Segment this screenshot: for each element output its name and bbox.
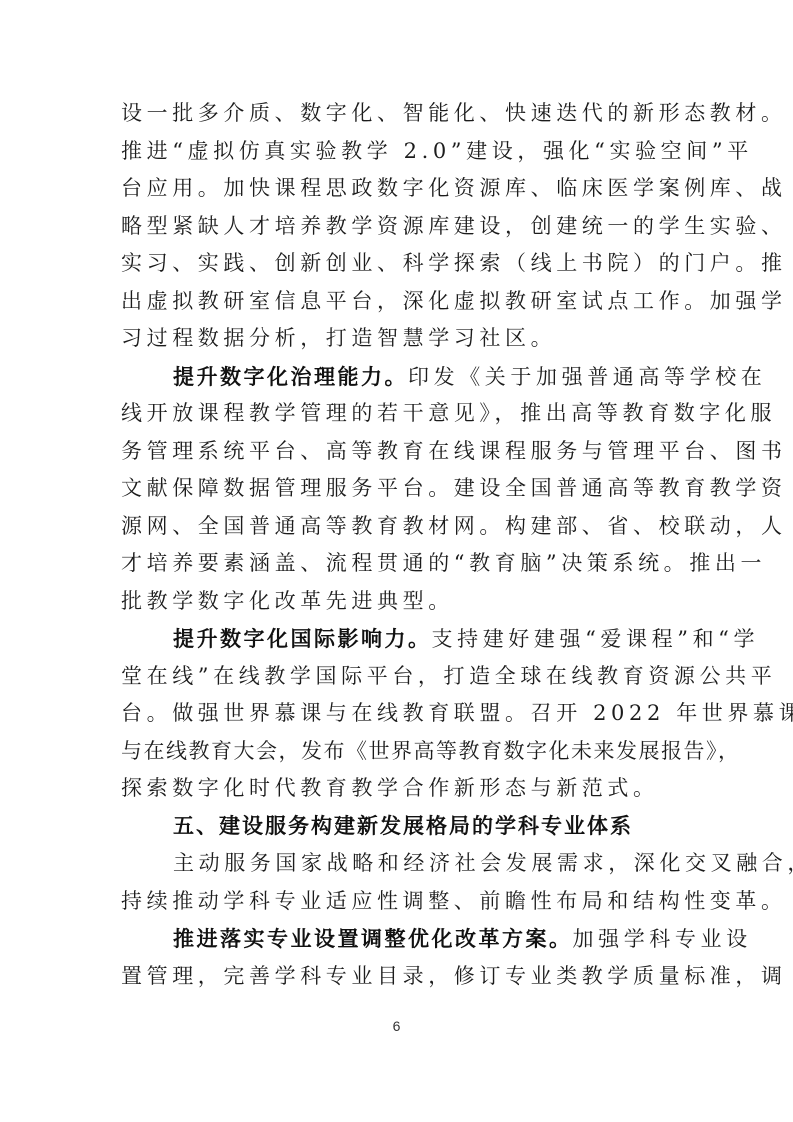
text-line: 才培养要素涵盖、流程贯通的“教育脑”决策系统。推出一: [121, 545, 669, 583]
text-line: 与在线教育大会，发布《世界高等教育数字化未来发展报告》，: [121, 733, 669, 771]
paragraph-first-line: 主动服务国家战略和经济社会发展需求，深化交叉融合，: [121, 845, 669, 883]
text-run: 印发《关于加强普通高等学校在: [408, 365, 766, 389]
text-line: 文献保障数据管理服务平台。建设全国普通高等教育教学资: [121, 470, 669, 508]
section-heading: 五、建设服务构建新发展格局的学科专业体系: [121, 808, 669, 846]
bold-lead-governance: 提升数字化治理能力。: [173, 364, 408, 389]
text-line: 台应用。加快课程思政数字化资源库、临床医学案例库、战: [121, 170, 669, 208]
text-line: 批教学数字化改革先进典型。: [121, 583, 669, 621]
text-line: 源网、全国普通高等教育教材网。构建部、省、校联动，人: [121, 508, 669, 546]
text-run: 加强学科专业设: [573, 927, 752, 951]
text-line: 务管理系统平台、高等教育在线课程服务与管理平台、图书: [121, 433, 669, 471]
text-line: 实习、实践、创新创业、科学探索（线上书院）的门户。推: [121, 245, 669, 283]
text-line: 持续推动学科专业适应性调整、前瞻性布局和结构性变革。: [121, 883, 669, 921]
bold-lead-international: 提升数字化国际影响力。: [173, 626, 432, 651]
text-line: 设一批多介质、数字化、智能化、快速迭代的新形态教材。: [121, 95, 669, 133]
paragraph-first-line: 推进落实专业设置调整优化改革方案。加强学科专业设: [121, 920, 669, 958]
text-line: 台。做强世界慕课与在线教育联盟。召开 2022 年世界慕课: [121, 695, 669, 733]
text-line: 置管理，完善学科专业目录，修订专业类教学质量标准，调: [121, 958, 669, 996]
bold-lead-reform: 推进落实专业设置调整优化改革方案。: [173, 926, 573, 951]
text-run: 支持建好建强“爱课程”和“学: [432, 627, 760, 651]
page-number: 6: [0, 1018, 793, 1034]
text-line: 习过程数据分析，打造智慧学习社区。: [121, 320, 669, 358]
paragraph-first-line: 提升数字化国际影响力。支持建好建强“爱课程”和“学: [121, 620, 669, 658]
document-page: 设一批多介质、数字化、智能化、快速迭代的新形态教材。 推进“虚拟仿真实验教学 2…: [0, 0, 793, 1122]
text-line: 略型紧缺人才培养教学资源库建设，创建统一的学生实验、: [121, 208, 669, 246]
text-line: 堂在线”在线教学国际平台，打造全球在线教育资源公共平: [121, 658, 669, 696]
document-body: 设一批多介质、数字化、智能化、快速迭代的新形态教材。 推进“虚拟仿真实验教学 2…: [121, 95, 669, 995]
text-line: 出虚拟教研室信息平台，深化虚拟教研室试点工作。加强学: [121, 283, 669, 321]
text-line: 探索数字化时代教育教学合作新形态与新范式。: [121, 770, 669, 808]
text-line: 推进“虚拟仿真实验教学 2.0”建设，强化“实验空间”平: [121, 133, 669, 171]
paragraph-first-line: 提升数字化治理能力。印发《关于加强普通高等学校在: [121, 358, 669, 396]
text-line: 线开放课程教学管理的若干意见》，推出高等教育数字化服: [121, 395, 669, 433]
